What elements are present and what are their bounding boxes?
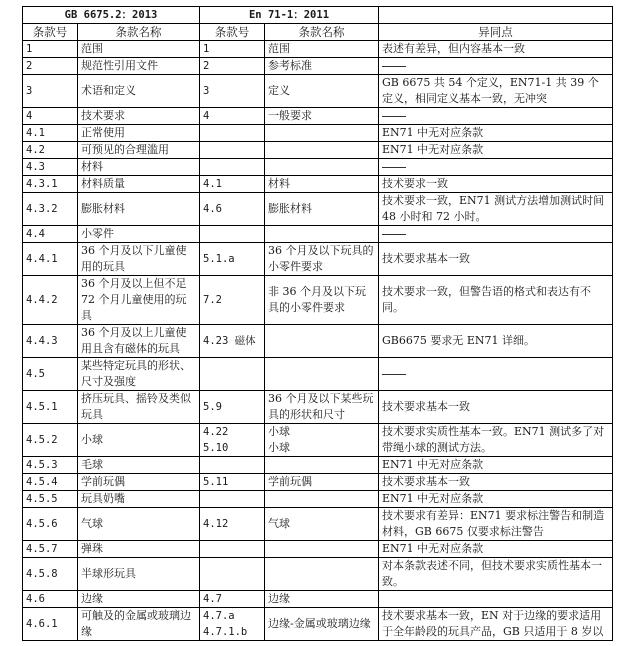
en-clause-no-cell: 5.11 — [200, 474, 265, 491]
gb-clause-no-cell: 4.5.3 — [23, 457, 78, 474]
en-clause-name-cell — [265, 541, 379, 558]
gb-clause-name-cell: 弹珠 — [78, 541, 200, 558]
table-row: 4.5某些特定玩具的形状、尺寸及强度 — [23, 358, 613, 391]
table-row: 4.2可预见的合理滥用EN71 中无对应条款 — [23, 142, 613, 159]
gb-clause-no-cell: 4.5.2 — [23, 424, 78, 457]
gb-clause-no-cell: 4.6.1 — [23, 608, 78, 641]
group-header-row: GB 6675.2：2013 En 71-1：2011 — [23, 7, 613, 24]
en-clause-no-cell — [200, 125, 265, 142]
gb-clause-no-cell: 4.4 — [23, 226, 78, 243]
diff-group-header — [379, 7, 613, 24]
en-clause-name-cell — [265, 159, 379, 176]
table-row: 4.4.136 个月及以下儿童使用的玩具5.1.a36 个月及以下玩具的小零件要… — [23, 243, 613, 276]
en-clause-no-cell: 4.23 磁体 — [200, 325, 265, 358]
gb-clause-name-cell: 学前玩偶 — [78, 474, 200, 491]
en-clause-name-cell — [265, 558, 379, 591]
en-clause-no-cell: 4.12 — [200, 508, 265, 541]
gb-clause-name-cell: 小零件 — [78, 226, 200, 243]
table-row: 4.6.1可触及的金属或玻璃边缘4.7.a4.7.1.b边缘-金属或玻璃边缘技术… — [23, 608, 613, 641]
dash-placeholder — [382, 116, 406, 117]
diff-note-cell: 技术要求一致 — [379, 176, 613, 193]
en-clause-no-cell: 4.6 — [200, 193, 265, 226]
gb-clause-no-cell: 4.5 — [23, 358, 78, 391]
en-clause-name-cell: 材料 — [265, 176, 379, 193]
diff-note-cell — [379, 58, 613, 75]
en-clause-no-cell — [200, 142, 265, 159]
gb-clause-no-cell: 4.3.1 — [23, 176, 78, 193]
en-clause-name-header: 条款名称 — [265, 24, 379, 41]
table-row: 4.4.336 个月及以上儿童使用且含有磁体的玩具4.23 磁体GB6675 要… — [23, 325, 613, 358]
en-clause-name-cell: 边缘-金属或玻璃边缘 — [265, 608, 379, 641]
en-clause-no-header: 条款号 — [200, 24, 265, 41]
dash-placeholder — [382, 374, 406, 375]
gb-clause-no-cell: 4.3 — [23, 159, 78, 176]
diff-note-cell — [379, 226, 613, 243]
gb-clause-name-cell: 半球形玩具 — [78, 558, 200, 591]
gb-clause-no-cell: 4.5.8 — [23, 558, 78, 591]
gb-clause-no-cell: 4 — [23, 108, 78, 125]
gb-clause-name-cell: 正常使用 — [78, 125, 200, 142]
en-clause-name-cell — [265, 142, 379, 159]
diff-note-cell — [379, 358, 613, 391]
gb-clause-no-cell: 4.6 — [23, 591, 78, 608]
diff-note-cell: 技术要求基本一致 — [379, 391, 613, 424]
table-row: 2规范性引用文件2参考标准 — [23, 58, 613, 75]
dash-placeholder — [382, 167, 406, 168]
standards-comparison-table: GB 6675.2：2013 En 71-1：2011 条款号 条款名称 条款号… — [22, 6, 613, 641]
en-clause-no-cell — [200, 457, 265, 474]
en-standard-header: En 71-1：2011 — [200, 7, 379, 24]
gb-clause-name-cell: 可预见的合理滥用 — [78, 142, 200, 159]
gb-clause-name-cell: 挤压玩具、摇铃及类似玩具 — [78, 391, 200, 424]
diff-note-cell: GB6675 要求无 EN71 详细。 — [379, 325, 613, 358]
table-body: 1范围1范围表述有差异，但内容基本一致2规范性引用文件2参考标准3术语和定义3定… — [23, 41, 613, 641]
table-row: 1范围1范围表述有差异，但内容基本一致 — [23, 41, 613, 58]
gb-clause-name-cell: 范围 — [78, 41, 200, 58]
gb-clause-no-cell: 4.5.7 — [23, 541, 78, 558]
gb-clause-no-cell: 4.4.2 — [23, 276, 78, 325]
en-clause-name-cell: 定义 — [265, 75, 379, 108]
table-row: 4.5.1挤压玩具、摇铃及类似玩具5.936 个月及以下某些玩具的形状和尺寸技术… — [23, 391, 613, 424]
gb-clause-no-cell: 3 — [23, 75, 78, 108]
diff-note-cell: EN71 中无对应条款 — [379, 125, 613, 142]
en-clause-no-cell — [200, 226, 265, 243]
en-clause-name-cell: 范围 — [265, 41, 379, 58]
en-clause-no-cell — [200, 558, 265, 591]
en-clause-name-cell: 小球小球 — [265, 424, 379, 457]
table-row: 4.3.2膨胀材料4.6膨胀材料技术要求一致，EN71 测试方法增加测试时间 4… — [23, 193, 613, 226]
en-clause-name-cell: 学前玩偶 — [265, 474, 379, 491]
en-clause-no-cell: 5.9 — [200, 391, 265, 424]
gb-clause-no-cell: 4.5.4 — [23, 474, 78, 491]
table-row: 4.4小零件 — [23, 226, 613, 243]
diff-note-cell: 对本条款表述不同，但技术要求实质性基本一致。 — [379, 558, 613, 591]
en-clause-name-cell — [265, 226, 379, 243]
en-clause-name-cell: 气球 — [265, 508, 379, 541]
table-row: 4.5.8半球形玩具对本条款表述不同，但技术要求实质性基本一致。 — [23, 558, 613, 591]
en-clause-name-cell: 一般要求 — [265, 108, 379, 125]
diff-note-cell — [379, 108, 613, 125]
table-row: 4.5.3毛球EN71 中无对应条款 — [23, 457, 613, 474]
table-row: 4.6边缘4.7边缘 — [23, 591, 613, 608]
gb-clause-name-header: 条款名称 — [78, 24, 200, 41]
diff-note-cell: 表述有差异，但内容基本一致 — [379, 41, 613, 58]
gb-clause-no-cell: 4.5.5 — [23, 491, 78, 508]
table-row: 4.5.2小球4.225.10小球小球技术要求实质性基本一致。EN71 测试多了… — [23, 424, 613, 457]
gb-clause-name-cell: 某些特定玩具的形状、尺寸及强度 — [78, 358, 200, 391]
gb-clause-name-cell: 边缘 — [78, 591, 200, 608]
en-clause-no-cell — [200, 491, 265, 508]
en-clause-no-cell: 4 — [200, 108, 265, 125]
table-row: 4.3材料 — [23, 159, 613, 176]
gb-clause-name-cell: 36 个月及以下儿童使用的玩具 — [78, 243, 200, 276]
diff-note-cell: EN71 中无对应条款 — [379, 142, 613, 159]
diff-note-cell: GB 6675 共 54 个定义，EN71-1 共 39 个定义，相同定义基本一… — [379, 75, 613, 108]
table-row: 4.1正常使用EN71 中无对应条款 — [23, 125, 613, 142]
table-row: 4.5.4学前玩偶5.11学前玩偶技术要求基本一致 — [23, 474, 613, 491]
en-clause-name-cell: 36 个月及以下玩具的小零件要求 — [265, 243, 379, 276]
diff-note-cell: EN71 中无对应条款 — [379, 491, 613, 508]
table-row: 4.5.7弹珠EN71 中无对应条款 — [23, 541, 613, 558]
en-clause-no-cell: 4.225.10 — [200, 424, 265, 457]
table-row: 3术语和定义3定义GB 6675 共 54 个定义，EN71-1 共 39 个定… — [23, 75, 613, 108]
en-clause-no-cell: 4.7 — [200, 591, 265, 608]
table-row: 4.4.236 个月及以上但不足 72 个月儿童使用的玩具7.2非 36 个月及… — [23, 276, 613, 325]
diff-note-cell: 技术要求基本一致 — [379, 474, 613, 491]
gb-clause-name-cell: 36 个月及以上儿童使用且含有磁体的玩具 — [78, 325, 200, 358]
gb-clause-no-cell: 4.4.1 — [23, 243, 78, 276]
gb-clause-name-cell: 36 个月及以上但不足 72 个月儿童使用的玩具 — [78, 276, 200, 325]
gb-clause-name-cell: 技术要求 — [78, 108, 200, 125]
gb-clause-no-cell: 4.1 — [23, 125, 78, 142]
gb-clause-name-cell: 气球 — [78, 508, 200, 541]
gb-clause-no-cell: 2 — [23, 58, 78, 75]
gb-clause-name-cell: 小球 — [78, 424, 200, 457]
gb-standard-header: GB 6675.2：2013 — [23, 7, 200, 24]
en-clause-no-cell: 5.1.a — [200, 243, 265, 276]
table-row: 4.5.6气球4.12气球技术要求有差异：EN71 要求标注警告和制造材料，GB… — [23, 508, 613, 541]
en-clause-no-cell: 4.1 — [200, 176, 265, 193]
gb-clause-name-cell: 规范性引用文件 — [78, 58, 200, 75]
en-clause-no-cell: 3 — [200, 75, 265, 108]
en-clause-no-cell — [200, 159, 265, 176]
en-clause-name-cell — [265, 358, 379, 391]
diff-note-cell: 技术要求基本一致，EN 对于边缘的要求适用于全年龄段的玩具产品，GB 只适用于 … — [379, 608, 613, 641]
en-clause-name-cell — [265, 491, 379, 508]
table-row: 4.5.5玩具奶嘴EN71 中无对应条款 — [23, 491, 613, 508]
diff-note-cell: 技术要求实质性基本一致。EN71 测试多了对带绳小球的测试方法。 — [379, 424, 613, 457]
diff-note-cell: 技术要求有差异：EN71 要求标注警告和制造材料，GB 6675 仅要求标注警告 — [379, 508, 613, 541]
en-clause-name-cell — [265, 325, 379, 358]
column-header-row: 条款号 条款名称 条款号 条款名称 异同点 — [23, 24, 613, 41]
gb-clause-name-cell: 材料质量 — [78, 176, 200, 193]
en-clause-name-cell — [265, 125, 379, 142]
gb-clause-no-cell: 4.3.2 — [23, 193, 78, 226]
en-clause-name-cell — [265, 457, 379, 474]
en-clause-no-cell: 4.7.a4.7.1.b — [200, 608, 265, 641]
en-clause-name-cell: 参考标准 — [265, 58, 379, 75]
table-row: 4.3.1材料质量4.1材料技术要求一致 — [23, 176, 613, 193]
gb-clause-no-cell: 4.2 — [23, 142, 78, 159]
dash-placeholder — [382, 234, 406, 235]
dash-placeholder — [382, 66, 406, 67]
diff-header: 异同点 — [379, 24, 613, 41]
en-clause-no-cell: 1 — [200, 41, 265, 58]
diff-note-cell: 技术要求基本一致 — [379, 243, 613, 276]
en-clause-name-cell: 36 个月及以下某些玩具的形状和尺寸 — [265, 391, 379, 424]
diff-note-cell: 技术要求一致，但警告语的格式和表达有不同。 — [379, 276, 613, 325]
gb-clause-no-cell: 4.4.3 — [23, 325, 78, 358]
diff-note-cell — [379, 591, 613, 608]
gb-clause-no-cell: 4.5.1 — [23, 391, 78, 424]
diff-note-cell — [379, 159, 613, 176]
gb-clause-no-cell: 4.5.6 — [23, 508, 78, 541]
diff-note-cell: EN71 中无对应条款 — [379, 541, 613, 558]
en-clause-name-cell: 边缘 — [265, 591, 379, 608]
en-clause-no-cell — [200, 358, 265, 391]
gb-clause-name-cell: 材料 — [78, 159, 200, 176]
en-clause-no-cell — [200, 541, 265, 558]
diff-note-cell: EN71 中无对应条款 — [379, 457, 613, 474]
en-clause-name-cell: 非 36 个月及以下玩具的小零件要求 — [265, 276, 379, 325]
en-clause-name-cell: 膨胀材料 — [265, 193, 379, 226]
en-clause-no-cell: 7.2 — [200, 276, 265, 325]
table-row: 4技术要求4一般要求 — [23, 108, 613, 125]
gb-clause-no-cell: 1 — [23, 41, 78, 58]
gb-clause-name-cell: 术语和定义 — [78, 75, 200, 108]
gb-clause-name-cell: 膨胀材料 — [78, 193, 200, 226]
gb-clause-name-cell: 玩具奶嘴 — [78, 491, 200, 508]
gb-clause-no-header: 条款号 — [23, 24, 78, 41]
gb-clause-name-cell: 可触及的金属或玻璃边缘 — [78, 608, 200, 641]
diff-note-cell: 技术要求一致，EN71 测试方法增加测试时间 48 小时和 72 小时。 — [379, 193, 613, 226]
gb-clause-name-cell: 毛球 — [78, 457, 200, 474]
en-clause-no-cell: 2 — [200, 58, 265, 75]
